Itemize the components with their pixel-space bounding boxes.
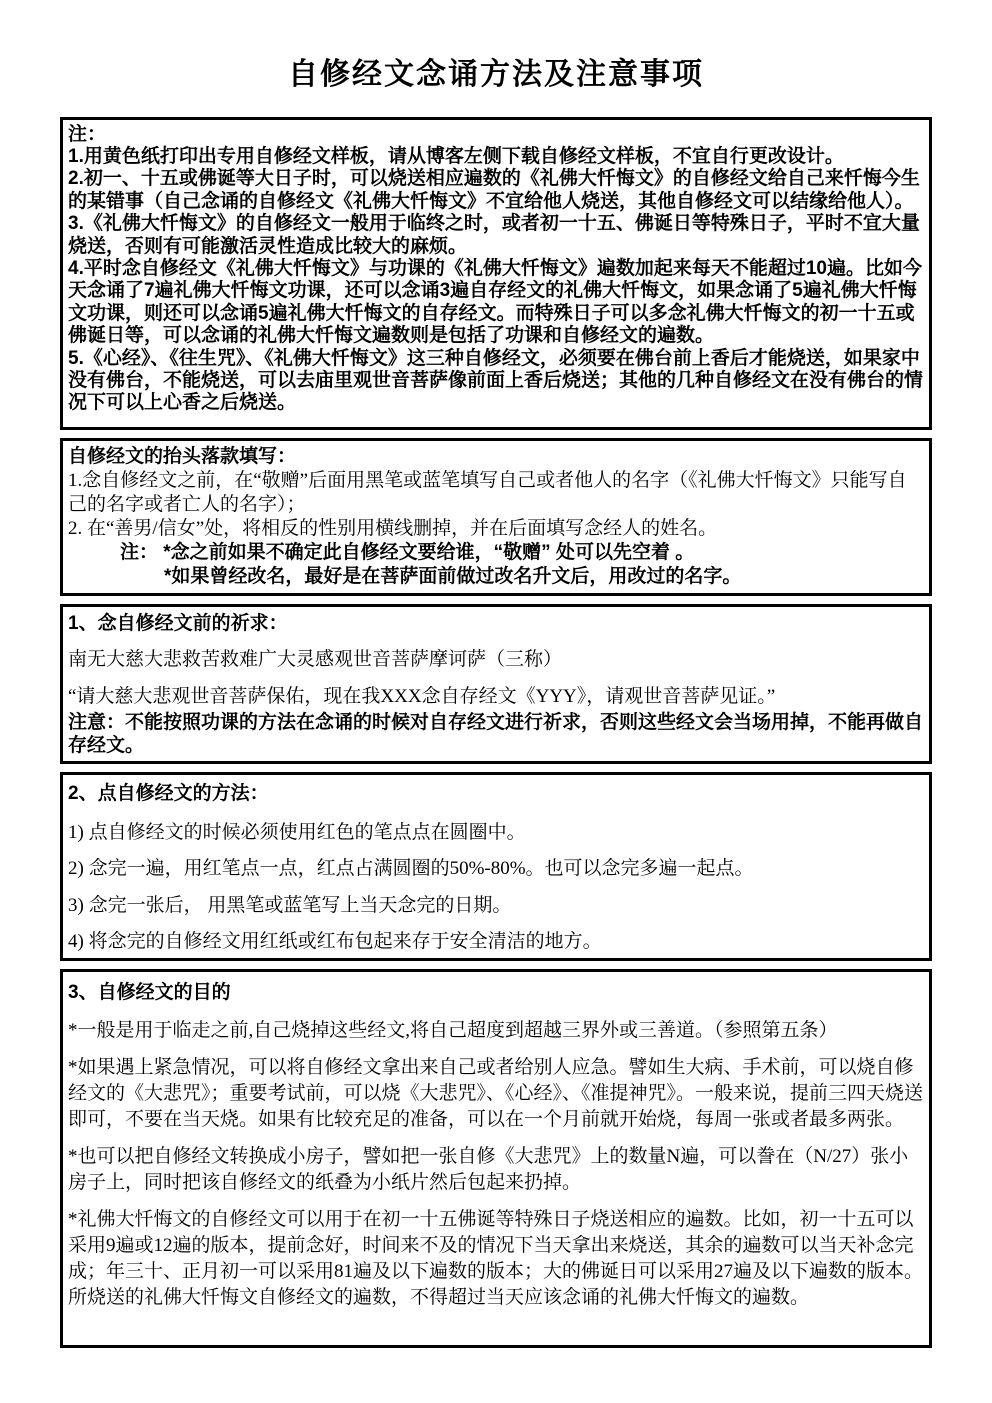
purpose-para-2: *如果遇上紧急情况，可以将自修经文拿出来自己或者给别人应急。譬如生大病、手术前，… — [68, 1055, 923, 1133]
header-fill-note-2: *如果曾经改名，最好是在菩萨面前做过改名升文后，用改过的名字。 — [68, 565, 923, 589]
pray-invocation: 南无大慈大悲救苦救难广大灵感观世音菩萨摩诃萨（三称） — [68, 649, 923, 672]
page-title: 自修经文念诵方法及注意事项 — [0, 58, 992, 93]
purpose-para-4: *礼佛大忏悔文的自修经文可以用于在初一十五佛诞等特殊日子烧送相应的遍数。比如，初… — [68, 1207, 923, 1311]
dot-method-item-4: 4) 将念完的自修经文用红纸或红布包起来存于安全清洁的地方。 — [68, 931, 923, 954]
header-fill-item-2: 2. 在“善男/信女”处，将相反的性别用横线删掉，并在后面填写念经人的姓名。 — [68, 517, 923, 541]
pray-heading: 1、念自修经文前的祈求： — [68, 613, 923, 636]
header-fill-item-1: 1.念自修经文之前，在“敬赠”后面用黑笔或蓝笔填写自己或者他人的名字（《礼佛大忏… — [68, 469, 923, 517]
dot-method-box: 2、点自修经文的方法： 1) 点自修经文的时候必须使用红色的笔点点在圆圈中。 2… — [60, 772, 932, 961]
pray-warning: 注意：不能按照功课的方法在念诵的时候对自存经文进行祈求，否则这些经文会当场用掉，… — [68, 712, 923, 757]
notes-item-4: 4.平时念自修经文《礼佛大忏悔文》与功课的《礼佛大忏悔文》遍数加起来每天不能超过… — [68, 258, 923, 348]
header-fill-box: 自修经文的抬头落款填写： 1.念自修经文之前，在“敬赠”后面用黑笔或蓝笔填写自己… — [60, 438, 932, 596]
dot-method-item-3: 3) 念完一张后， 用黑笔或蓝笔写上当天念完的日期。 — [68, 895, 923, 918]
dot-method-item-2: 2) 念完一遍，用红笔点一点，红点占满圆圈的50%-80%。也可以念完多遍一起点… — [68, 858, 923, 881]
notes-item-3: 3.《礼佛大忏悔文》的自修经文一般用于临终之时，或者初一十五、佛诞日等特殊日子，… — [68, 213, 923, 258]
notes-box: 注： 1.用黄色纸打印出专用自修经文样板，请从博客左侧下载自修经文样板，不宜自行… — [60, 117, 932, 430]
notes-heading: 注： — [68, 124, 923, 146]
pray-prayer-text: “请大慈大悲观世音菩萨保佑，现在我XXX念自存经文《YYY》，请观世音菩萨见证。… — [68, 686, 923, 709]
dot-method-item-1: 1) 点自修经文的时候必须使用红色的笔点点在圆圈中。 — [68, 822, 923, 845]
purpose-box: 3、自修经文的目的 *一般是用于临走之前,自己烧掉这些经文,将自己超度到超越三界… — [60, 969, 932, 1348]
header-fill-note-1: 注： *念之前如果不确定此自修经文要给谁，“敬赠” 处可以先空着 。 — [68, 541, 923, 565]
pray-box: 1、念自修经文前的祈求： 南无大慈大悲救苦救难广大灵感观世音菩萨摩诃萨（三称） … — [60, 604, 932, 765]
notes-item-5: 5.《心经》、《往生咒》、《礼佛大忏悔文》这三种自修经文，必须要在佛台前上香后才… — [68, 348, 923, 415]
purpose-para-3: *也可以把自修经文转换成小房子，譬如把一张自修《大悲咒》上的数量N遍，可以誊在（… — [68, 1144, 923, 1196]
purpose-para-1: *一般是用于临走之前,自己烧掉这些经文,将自己超度到超越三界外或三善道。（参照第… — [68, 1018, 923, 1044]
purpose-heading: 3、自修经文的目的 — [68, 980, 923, 1006]
header-fill-heading: 自修经文的抬头落款填写： — [68, 445, 923, 469]
notes-item-1: 1.用黄色纸打印出专用自修经文样板，请从博客左侧下载自修经文样板，不宜自行更改设… — [68, 146, 923, 168]
dot-method-heading: 2、点自修经文的方法： — [68, 783, 923, 806]
document-page: 自修经文念诵方法及注意事项 注： 1.用黄色纸打印出专用自修经文样板，请从博客左… — [0, 0, 992, 1403]
notes-item-2: 2.初一、十五或佛诞等大日子时，可以烧送相应遍数的《礼佛大忏悔文》的自修经文给自… — [68, 168, 923, 213]
